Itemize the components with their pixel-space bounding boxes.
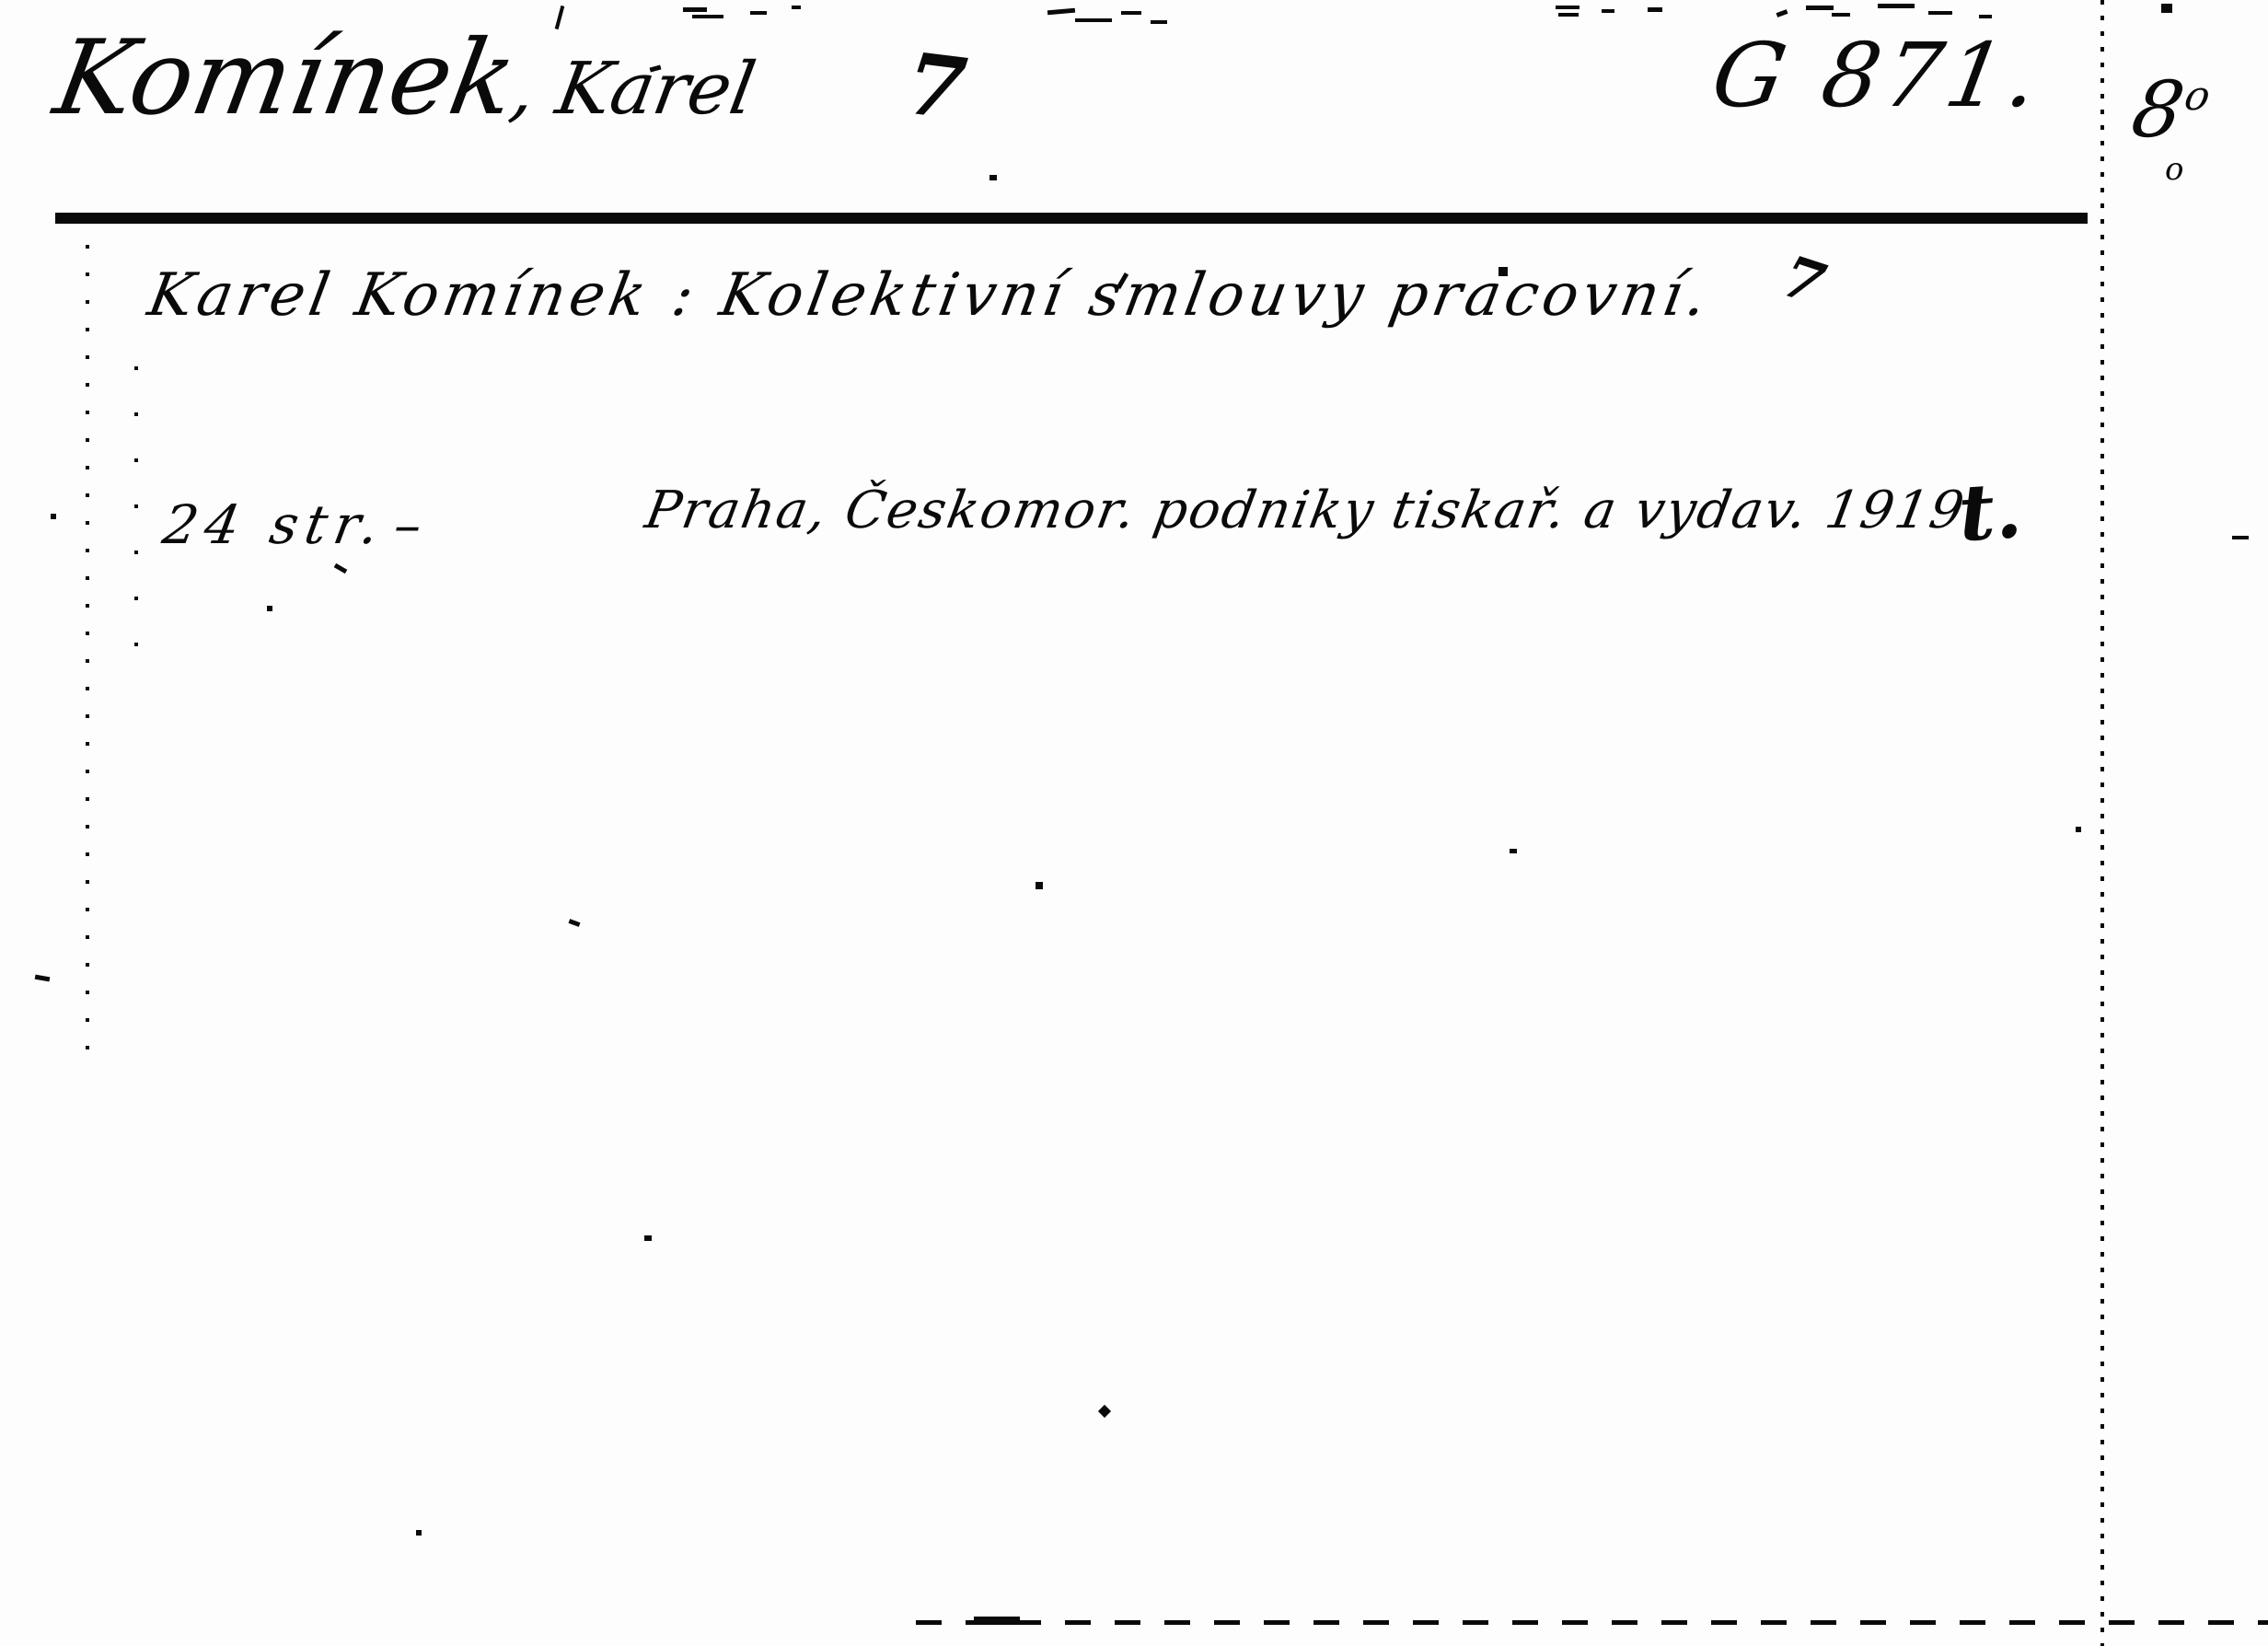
noise-speck xyxy=(1928,11,1952,15)
author-forename: , Karel xyxy=(504,48,761,131)
noise-speck xyxy=(1806,6,1834,10)
noise-speck xyxy=(1832,13,1850,17)
noise-speck xyxy=(334,563,348,574)
extent-dash: – xyxy=(394,493,421,556)
noise-speck xyxy=(1036,882,1043,889)
noise-speck xyxy=(1979,15,1992,18)
noise-speck xyxy=(35,975,51,982)
imprint-line: Praha, Českomor. podniky tiskař. a vydav… xyxy=(646,481,1983,540)
noise-speck xyxy=(1878,4,1915,8)
noise-speck xyxy=(1098,1405,1111,1418)
noise-speck xyxy=(1556,6,1579,9)
format-small-o: o xyxy=(2165,151,2183,188)
noise-speck xyxy=(1648,7,1662,12)
noise-speck xyxy=(750,11,767,15)
noise-speck xyxy=(51,514,56,519)
pencil-mark-7-header: 7 xyxy=(901,34,972,140)
header-rule-divider xyxy=(55,213,2088,224)
format-number: 8 xyxy=(2125,64,2191,155)
noise-speck xyxy=(416,1530,422,1536)
author-surname: Komínek xyxy=(47,18,525,138)
title-line: Karel Komínek : Kolektivní smlouvy praco… xyxy=(149,261,1710,330)
noise-speck xyxy=(1510,849,1517,853)
noise-speck xyxy=(1121,11,1141,15)
noise-speck xyxy=(1151,20,1167,24)
right-margin-dotted-line xyxy=(2100,0,2104,1646)
extent-pages: 24 str. xyxy=(164,493,386,556)
noise-speck xyxy=(1558,13,1579,17)
noise-speck xyxy=(267,606,272,611)
bottom-edge-dash-segment xyxy=(974,1617,1020,1625)
noise-speck xyxy=(2232,536,2249,539)
left-margin-dotted-line xyxy=(86,245,89,1059)
noise-speck xyxy=(1776,9,1788,17)
noise-speck xyxy=(1602,9,1614,13)
format-notation: 8o xyxy=(2134,64,2207,155)
annotation-letter-t: t. xyxy=(1956,464,2025,560)
noise-speck xyxy=(792,6,801,9)
noise-speck xyxy=(683,7,707,12)
noise-speck xyxy=(1498,267,1508,276)
author-heading: Komínek, Karel xyxy=(57,18,756,138)
left-margin-dotted-line-secondary xyxy=(134,366,138,654)
noise-speck xyxy=(1047,8,1075,16)
noise-speck xyxy=(1075,18,1112,22)
noise-speck xyxy=(2076,827,2081,832)
noise-speck xyxy=(2161,4,2172,13)
pencil-mark-7-title: 7 xyxy=(1775,242,1834,319)
shelfmark: G 871. xyxy=(1714,24,2042,127)
noise-speck xyxy=(692,15,723,18)
catalog-card-scan: { "card": { "header": { "heading_name": … xyxy=(0,0,2268,1646)
bottom-edge-dashed-line xyxy=(916,1620,2268,1625)
noise-speck xyxy=(644,1235,652,1241)
noise-speck xyxy=(989,175,997,180)
noise-speck xyxy=(569,919,581,927)
